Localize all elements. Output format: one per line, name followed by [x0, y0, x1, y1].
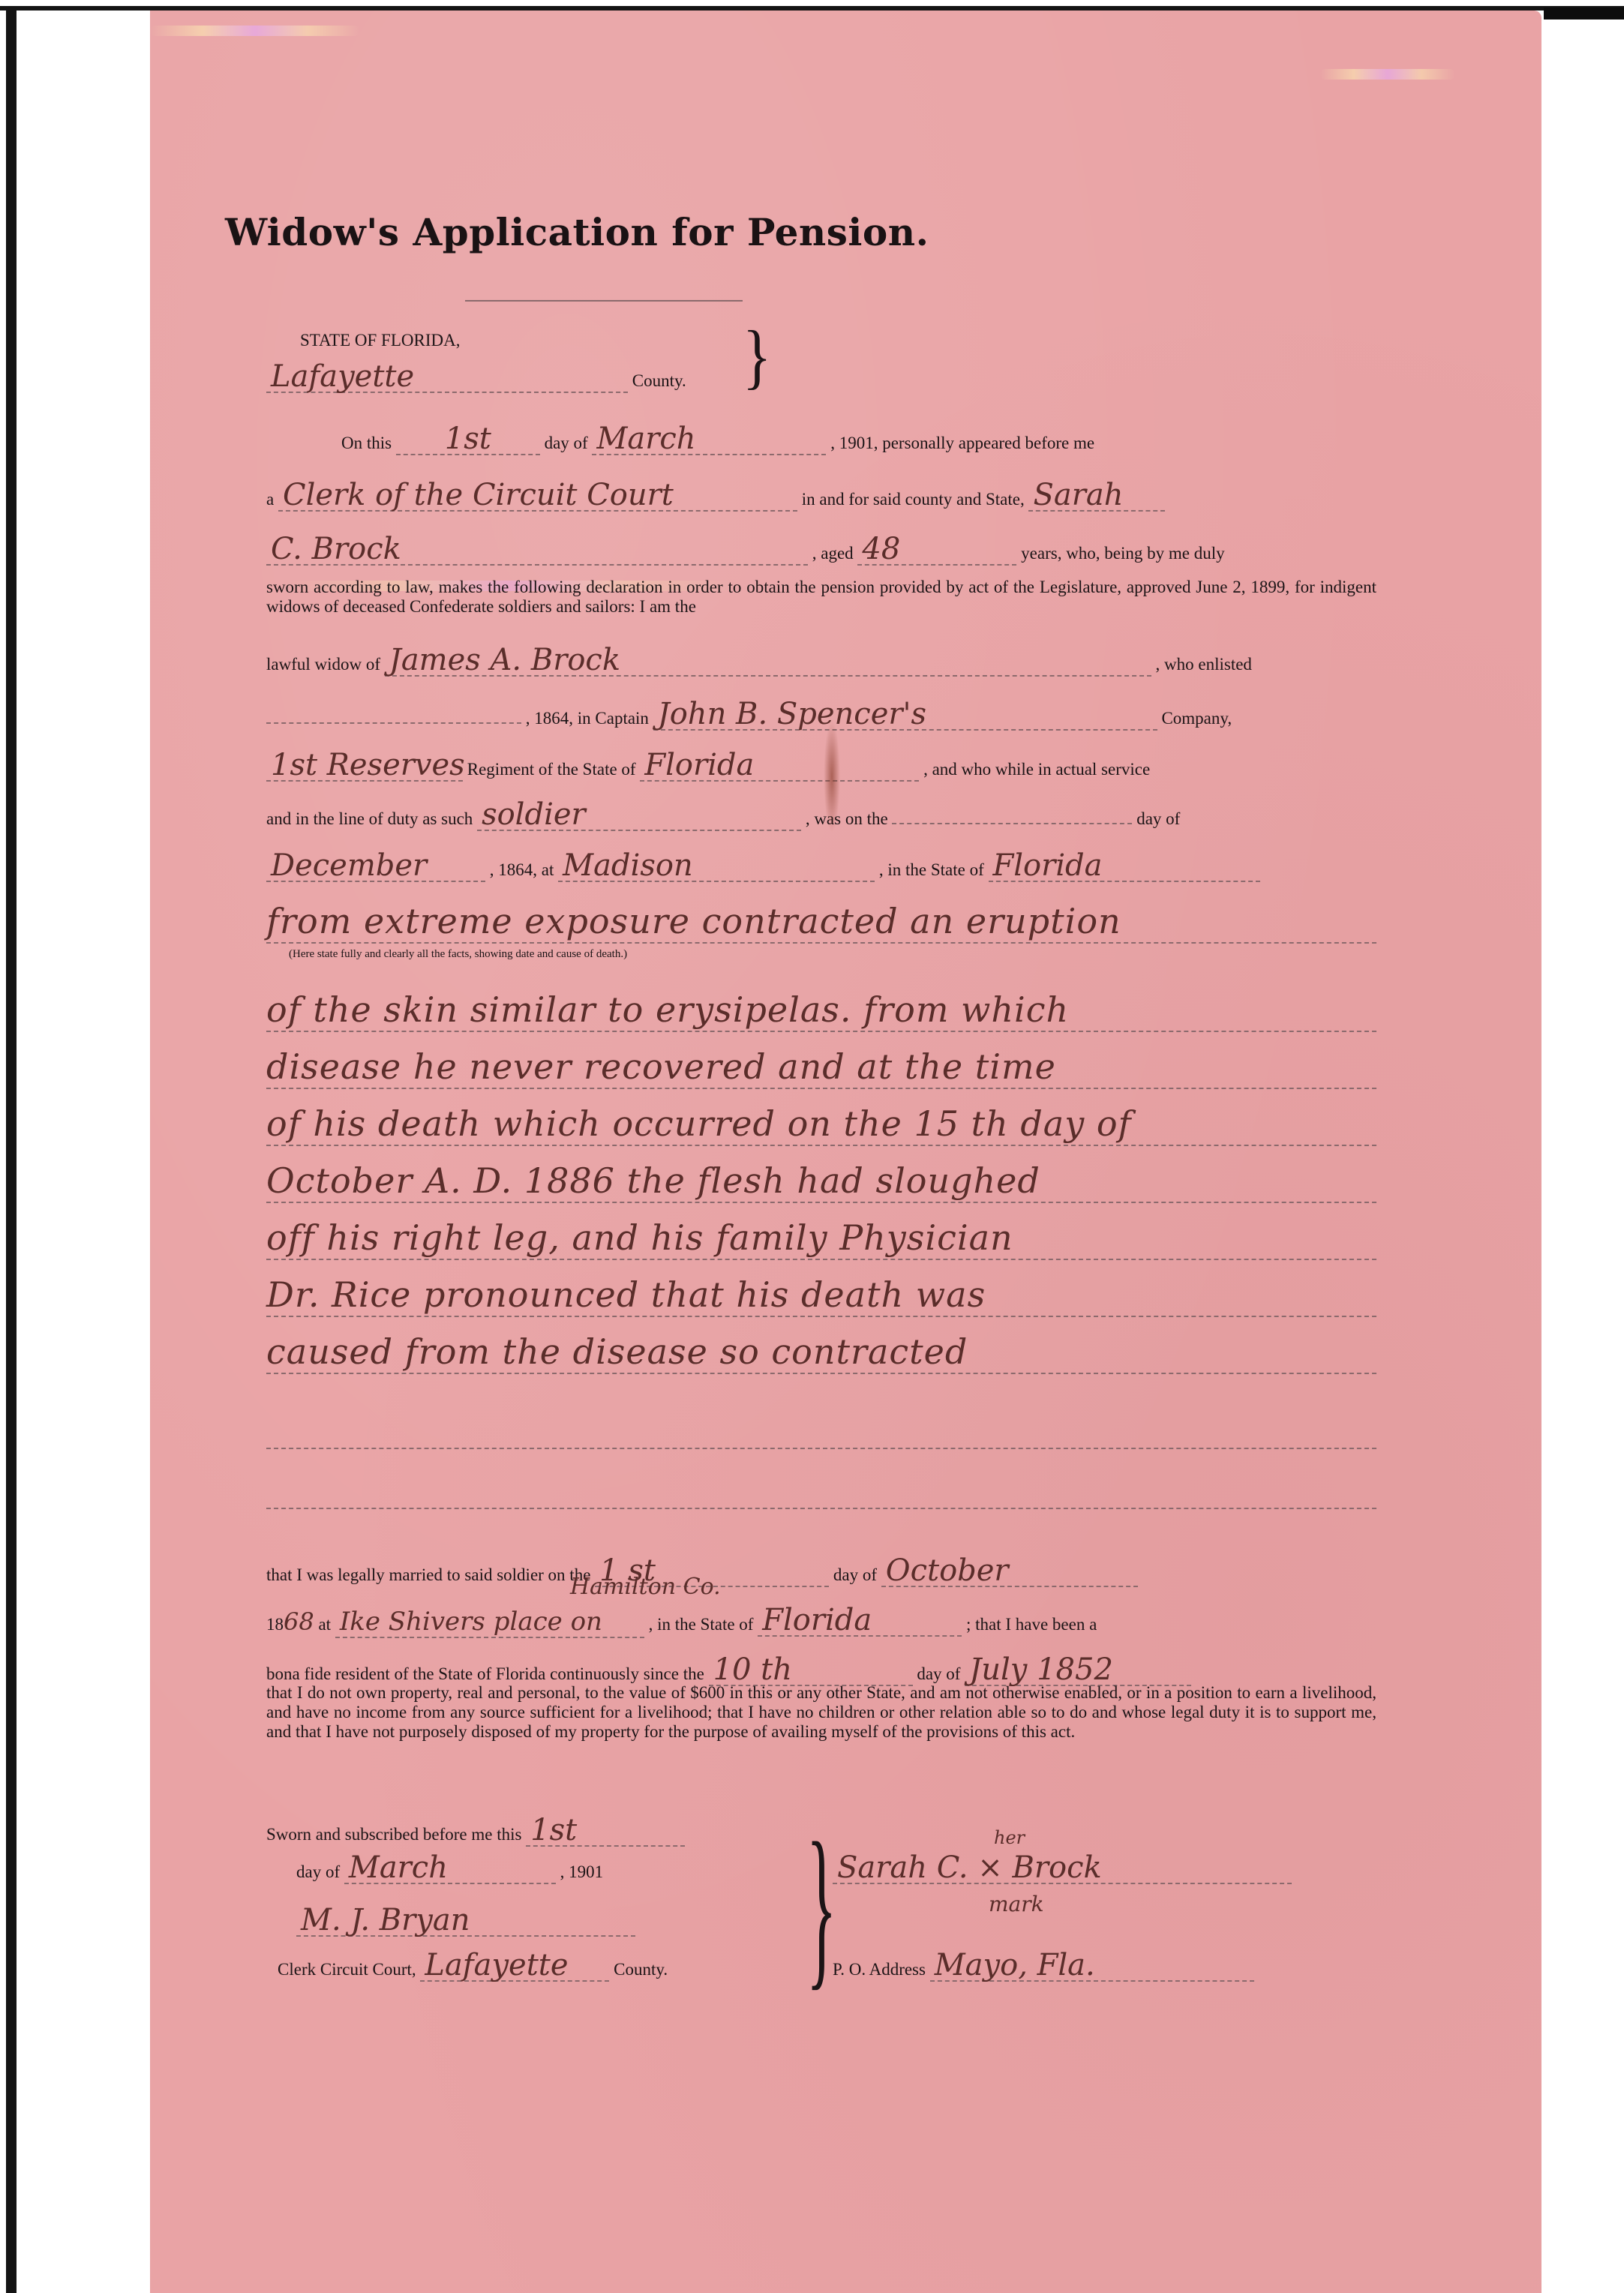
county-field[interactable]: Lafayette — [266, 362, 628, 393]
age-field[interactable]: 48 — [857, 534, 1016, 566]
title-divider — [465, 300, 743, 302]
personally-appeared-label: personally appeared before me — [882, 434, 1094, 452]
was-on-the-label: , was on the — [806, 809, 888, 828]
narrative-line-1[interactable]: from extreme exposure contracted an erup… — [266, 900, 1376, 944]
captain-field[interactable]: John B. Spencer's — [653, 699, 1157, 731]
state-label: STATE OF FLORIDA, — [300, 330, 1403, 351]
scan-frame-left — [6, 6, 17, 2293]
ink-stain — [824, 720, 840, 833]
marriage-line-1: that I was legally married to said soldi… — [266, 1556, 1369, 1587]
narrative-line-9[interactable] — [266, 1448, 1376, 1449]
narrative-line-10[interactable] — [266, 1508, 1376, 1509]
rank-line: and in the line of duty as such soldier … — [266, 800, 1369, 831]
property-declaration-text: that I do not own property, real and per… — [266, 1683, 1376, 1742]
in-state-of-label: , in the State of — [649, 1615, 754, 1634]
clerk-signature[interactable]: M. J. Bryan — [296, 1905, 635, 1937]
header-brace: } — [743, 321, 771, 393]
day-of-label: day of — [1136, 809, 1180, 828]
sworn-month-field[interactable]: March — [344, 1853, 556, 1884]
years-label: years, who, being by me duly — [1021, 544, 1224, 563]
county-label-text: County. — [632, 371, 686, 390]
intro-line-2: a Clerk of the Circuit Court in and for … — [266, 480, 1369, 512]
narrative-line-8[interactable]: caused from the disease so contracted — [266, 1331, 1376, 1374]
clerk-signature-line: M. J. Bryan — [296, 1905, 1399, 1937]
residence-label: bona fide resident of the State of Flori… — [266, 1664, 704, 1683]
applicant-signature-line: Sarah C. × Brock — [833, 1853, 1624, 1884]
marriage-place-field[interactable]: Ike Shivers place on — [335, 1607, 644, 1638]
husband-name-field[interactable]: James A. Brock — [385, 645, 1151, 677]
narrative-line-2[interactable]: of the skin similar to erysipelas. from … — [266, 989, 1376, 1032]
enlistment-date-field[interactable] — [266, 721, 521, 724]
po-address-label: P. O. Address — [833, 1960, 926, 1979]
incident-state-field[interactable]: Florida — [989, 851, 1260, 882]
incident-line: December , 1864, at Madison , in the Sta… — [266, 851, 1369, 882]
document-title: Widow's Application for Pension. — [225, 210, 1275, 254]
incident-place-field[interactable]: Madison — [558, 851, 875, 882]
applicant-name-field-1[interactable]: Sarah — [1028, 480, 1165, 512]
residence-line: bona fide resident of the State of Flori… — [266, 1655, 1369, 1686]
actual-service-label: , and who while in actual service — [923, 760, 1150, 779]
sworn-year: , 1901 — [560, 1862, 604, 1881]
line-of-duty-label: and in the line of duty as such — [266, 809, 473, 828]
aged-label: , aged — [812, 544, 854, 563]
residence-since-field[interactable]: July 1852 — [965, 1655, 1191, 1686]
in-and-for-label: in and for said county and State, — [802, 490, 1025, 509]
narrative-line-4[interactable]: of his death which occurred on the 15 th… — [266, 1103, 1376, 1146]
residence-day-field[interactable]: 10 th — [709, 1655, 913, 1686]
day-of-label: day of — [296, 1862, 340, 1881]
day-of-label: day of — [545, 434, 588, 452]
resident-intro-label: ; that I have been a — [966, 1615, 1097, 1634]
rank-field[interactable]: soldier — [477, 800, 801, 831]
marriage-year-field[interactable]: 68 — [284, 1607, 314, 1637]
lawful-widow-label: lawful widow of — [266, 655, 380, 674]
applicant-signature[interactable]: Sarah C. × Brock — [833, 1853, 1292, 1884]
po-address-line: P. O. Address Mayo, Fla. — [833, 1950, 1624, 1982]
incident-day-field[interactable] — [892, 821, 1132, 824]
county-label: County. — [614, 1960, 668, 1979]
enlisted-year: , 1864, in Captain — [526, 709, 649, 728]
marriage-year-prefix: 18 — [266, 1615, 284, 1634]
intro-line-1: On this 1st day of March , 1901, persona… — [341, 424, 1444, 455]
clerk-circuit-court-label: Clerk Circuit Court, — [278, 1960, 416, 1979]
company-label: Company, — [1161, 709, 1232, 728]
narrative-line-3[interactable]: disease he never recovered and at the ti… — [266, 1046, 1376, 1089]
clerk-county-field[interactable]: Lafayette — [420, 1950, 609, 1982]
intro-day-field[interactable]: 1st — [396, 424, 540, 455]
narrative-line-7[interactable]: Dr. Rice pronounced that his death was — [266, 1274, 1376, 1317]
scan-frame-right — [1544, 8, 1624, 20]
scan-glare — [1320, 69, 1455, 80]
day-of-label: day of — [833, 1565, 877, 1584]
regiment-state-field[interactable]: Florida — [640, 750, 919, 782]
official-title-field[interactable]: Clerk of the Circuit Court — [278, 480, 797, 512]
intro-year: , 1901, — [830, 434, 878, 452]
po-address-field[interactable]: Mayo, Fla. — [930, 1950, 1254, 1982]
who-enlisted-label: , who enlisted — [1156, 655, 1252, 674]
narrative-line-6[interactable]: off his right leg, and his family Physic… — [266, 1217, 1376, 1260]
sworn-day-field[interactable]: 1st — [526, 1815, 685, 1847]
mark-label: mark — [989, 1892, 1044, 1916]
intro-month-field[interactable]: March — [592, 424, 826, 455]
scan-margin — [17, 17, 150, 2293]
a-label: a — [266, 490, 274, 509]
marriage-line-2: 1868 at Ike Shivers place on , in the St… — [266, 1605, 1369, 1638]
marriage-state-field[interactable]: Florida — [758, 1605, 962, 1637]
sworn-declaration-text: sworn according to law, makes the follow… — [266, 578, 1376, 617]
husband-line: lawful widow of James A. Brock , who enl… — [266, 645, 1369, 677]
county-line: Lafayette County. — [266, 362, 1369, 393]
incident-year-label: , 1864, at — [490, 860, 554, 879]
regiment-field[interactable]: 1st Reserves — [266, 750, 463, 782]
marriage-county-note: Hamilton Co. — [570, 1574, 721, 1600]
enlistment-line: , 1864, in Captain John B. Spencer's Com… — [266, 699, 1369, 731]
scan-glare — [150, 26, 360, 36]
married-label: that I was legally married to said soldi… — [266, 1565, 590, 1584]
marriage-month-field[interactable]: October — [881, 1556, 1138, 1587]
in-state-of-label: , in the State of — [879, 860, 984, 879]
narrative-line-5[interactable]: October A. D. 1886 the flesh had sloughe… — [266, 1160, 1376, 1203]
intro-line-3: C. Brock , aged 48 years, who, being by … — [266, 534, 1369, 566]
at-label: at — [318, 1615, 331, 1634]
incident-month-field[interactable]: December — [266, 851, 485, 882]
mark-her-label: her — [994, 1827, 1025, 1848]
on-this-label: On this — [341, 434, 392, 452]
regiment-label: Regiment of the State of — [467, 760, 636, 779]
sworn-label: Sworn and subscribed before me this — [266, 1825, 521, 1844]
day-of-label: day of — [917, 1664, 960, 1683]
regiment-line: 1st Reserves Regiment of the State of Fl… — [266, 750, 1369, 782]
applicant-name-field-2[interactable]: C. Brock — [266, 534, 808, 566]
narrative-instruction: (Here state fully and clearly all the fa… — [289, 948, 627, 961]
